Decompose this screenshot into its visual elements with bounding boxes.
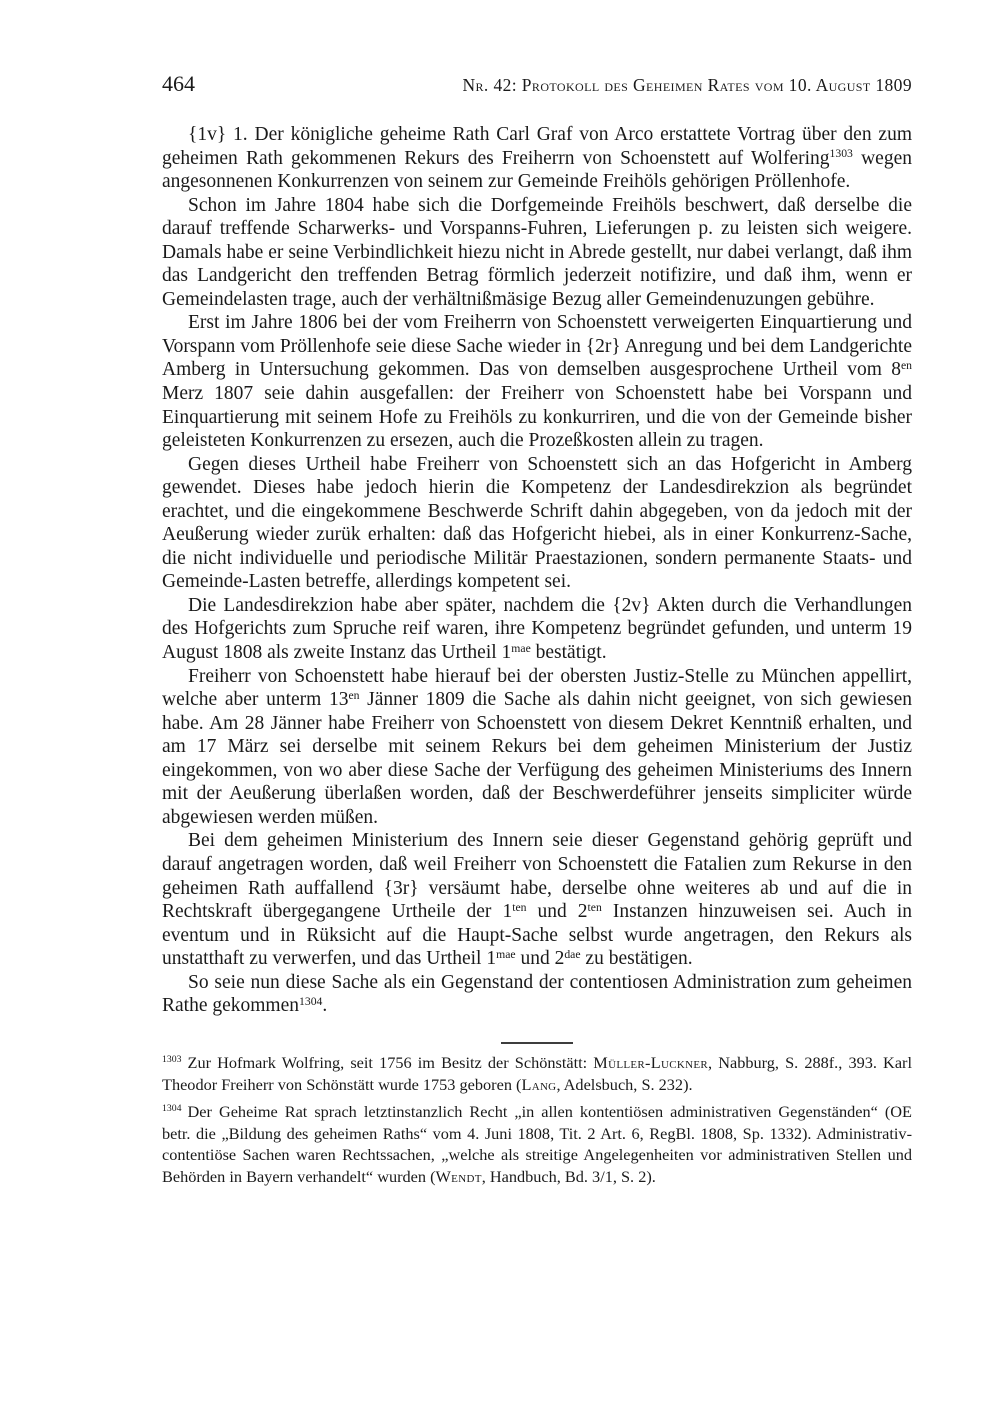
paragraph: Erst im Jahre 1806 bei der vom Freiherrn… [162, 311, 912, 452]
paragraph: Die Landesdirekzion habe aber später, na… [162, 594, 912, 665]
text-run: Merz 1807 seie dahin ausgefallen: der Fr… [162, 383, 912, 451]
text-run: So seie nun diese Sache als ein Gegensta… [162, 972, 912, 1017]
small-caps-name: Müller-Luckner [593, 1053, 708, 1072]
text-run: {1v} 1. Der königliche geheime Rath Carl… [162, 124, 912, 169]
text-run: und 2 [526, 901, 587, 922]
text-run: , Adelsbuch, S. 232). [556, 1075, 692, 1094]
small-caps-name: Wendt [436, 1167, 482, 1186]
superscript: 1303 [830, 147, 853, 160]
superscript: ten [588, 901, 602, 914]
paragraph: Schon im Jahre 1804 habe sich die Dorfge… [162, 194, 912, 312]
text-run: bestätigt. [531, 642, 607, 663]
book-page: 464 Nr. 42: Protokoll des Geheimen Rates… [0, 0, 1004, 1418]
page-number: 464 [162, 72, 195, 96]
text-run: zu bestätigen. [581, 948, 693, 969]
superscript: en [901, 359, 912, 372]
text-run: , Handbuch, Bd. 3/1, S. 2). [482, 1167, 656, 1186]
superscript: mae [496, 948, 515, 961]
superscript: mae [511, 642, 530, 655]
footnote-marker: 1304 [162, 1103, 182, 1114]
text-run: Gegen dieses Urtheil habe Freiherr von S… [162, 454, 912, 593]
superscript: 1304 [299, 995, 322, 1008]
text-column: 464 Nr. 42: Protokoll des Geheimen Rates… [162, 0, 912, 1193]
footnote: 1303Zur Hofmark Wolfring, seit 1756 im B… [162, 1052, 912, 1096]
paragraph: {1v} 1. Der königliche geheime Rath Carl… [162, 123, 912, 194]
text-run: Zur Hofmark Wolfring, seit 1756 im Besit… [188, 1053, 594, 1072]
text-run: und 2 [516, 948, 565, 969]
text-run: Erst im Jahre 1806 bei der vom Freiherrn… [162, 312, 912, 380]
text-run: Schon im Jahre 1804 habe sich die Dorfge… [162, 195, 912, 310]
footnote: 1304Der Geheime Rat sprach letztinstanzl… [162, 1101, 912, 1189]
paragraph: Bei dem geheimen Ministerium des Innern … [162, 829, 912, 970]
superscript: en [348, 689, 359, 702]
footnote-marker: 1303 [162, 1054, 182, 1065]
footnotes: 1303Zur Hofmark Wolfring, seit 1756 im B… [162, 1052, 912, 1188]
footnote-separator [501, 1042, 573, 1044]
paragraph: Gegen dieses Urtheil habe Freiherr von S… [162, 453, 912, 594]
running-head: Nr. 42: Protokoll des Geheimen Rates vom… [462, 73, 912, 97]
small-caps-name: Lang [521, 1075, 556, 1094]
superscript: ten [512, 901, 526, 914]
superscript: dae [564, 948, 580, 961]
paragraph: So seie nun diese Sache als ein Gegensta… [162, 971, 912, 1018]
body-text: {1v} 1. Der königliche geheime Rath Carl… [162, 123, 912, 1018]
page-header: 464 Nr. 42: Protokoll des Geheimen Rates… [162, 72, 912, 97]
paragraph: Freiherr von Schoenstett habe hierauf be… [162, 665, 912, 830]
text-run: . [322, 995, 327, 1016]
